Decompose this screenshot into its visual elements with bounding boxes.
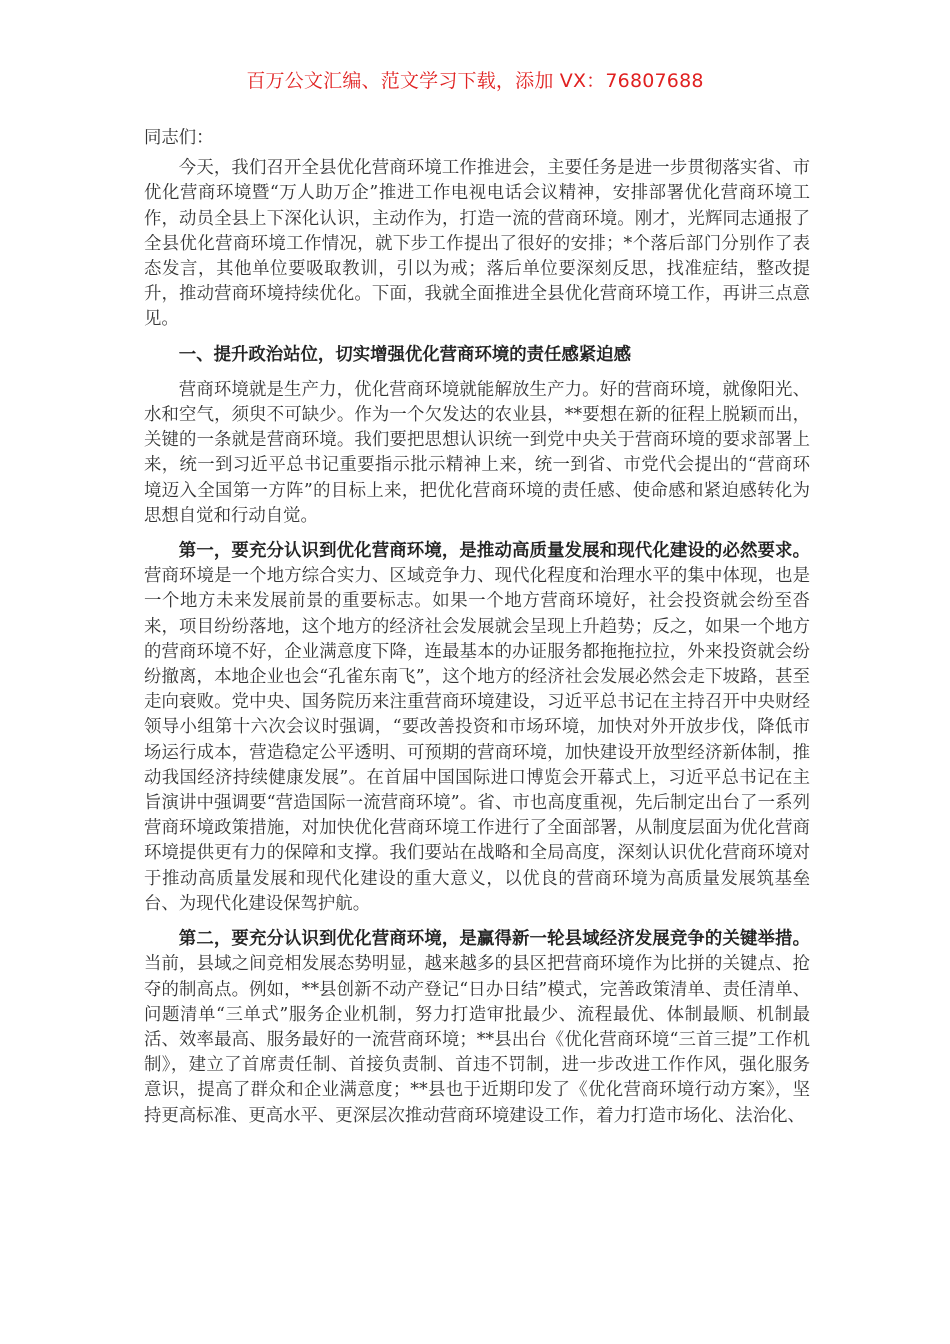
point-1-paragraph: 第一，要充分认识到优化营商环境，是推动高质量发展和现代化建设的必然要求。营商环境…: [144, 539, 810, 917]
salutation: 同志们：: [144, 126, 810, 151]
document-body: 同志们： 今天，我们召开全县优化营商环境工作推进会，主要任务是进一步贯彻落实省、…: [144, 126, 810, 1139]
watermark-banner: 百万公文汇编、范文学习下载，添加 VX：76807688: [0, 66, 950, 93]
point-1-body: 营商环境是一个地方综合实力、区域竞争力、现代化程度和治理水平的集中体现，也是一个…: [144, 566, 810, 914]
document-page: 百万公文汇编、范文学习下载，添加 VX：76807688 同志们： 今天，我们召…: [0, 0, 950, 1344]
point-2-body: 当前，县域之间竞相发展态势明显，越来越多的县区把营商环境作为比拼的关键点、抢夺的…: [144, 954, 810, 1125]
intro-paragraph: 今天，我们召开全县优化营商环境工作推进会，主要任务是进一步贯彻落实省、市优化营商…: [144, 156, 810, 332]
section-1-paragraph: 营商环境就是生产力，优化营商环境就能解放生产力。好的营商环境，就像阳光、水和空气…: [144, 378, 810, 529]
point-2-paragraph: 第二，要充分认识到优化营商环境，是赢得新一轮县域经济发展竞争的关键举措。当前，县…: [144, 927, 810, 1129]
point-1-lead: 第一，要充分认识到优化营商环境，是推动高质量发展和现代化建设的必然要求。: [179, 541, 810, 561]
section-heading-1: 一、提升政治站位，切实增强优化营商环境的责任感紧迫感: [144, 343, 810, 368]
point-2-lead: 第二，要充分认识到优化营商环境，是赢得新一轮县域经济发展竞争的关键举措。: [179, 929, 810, 949]
